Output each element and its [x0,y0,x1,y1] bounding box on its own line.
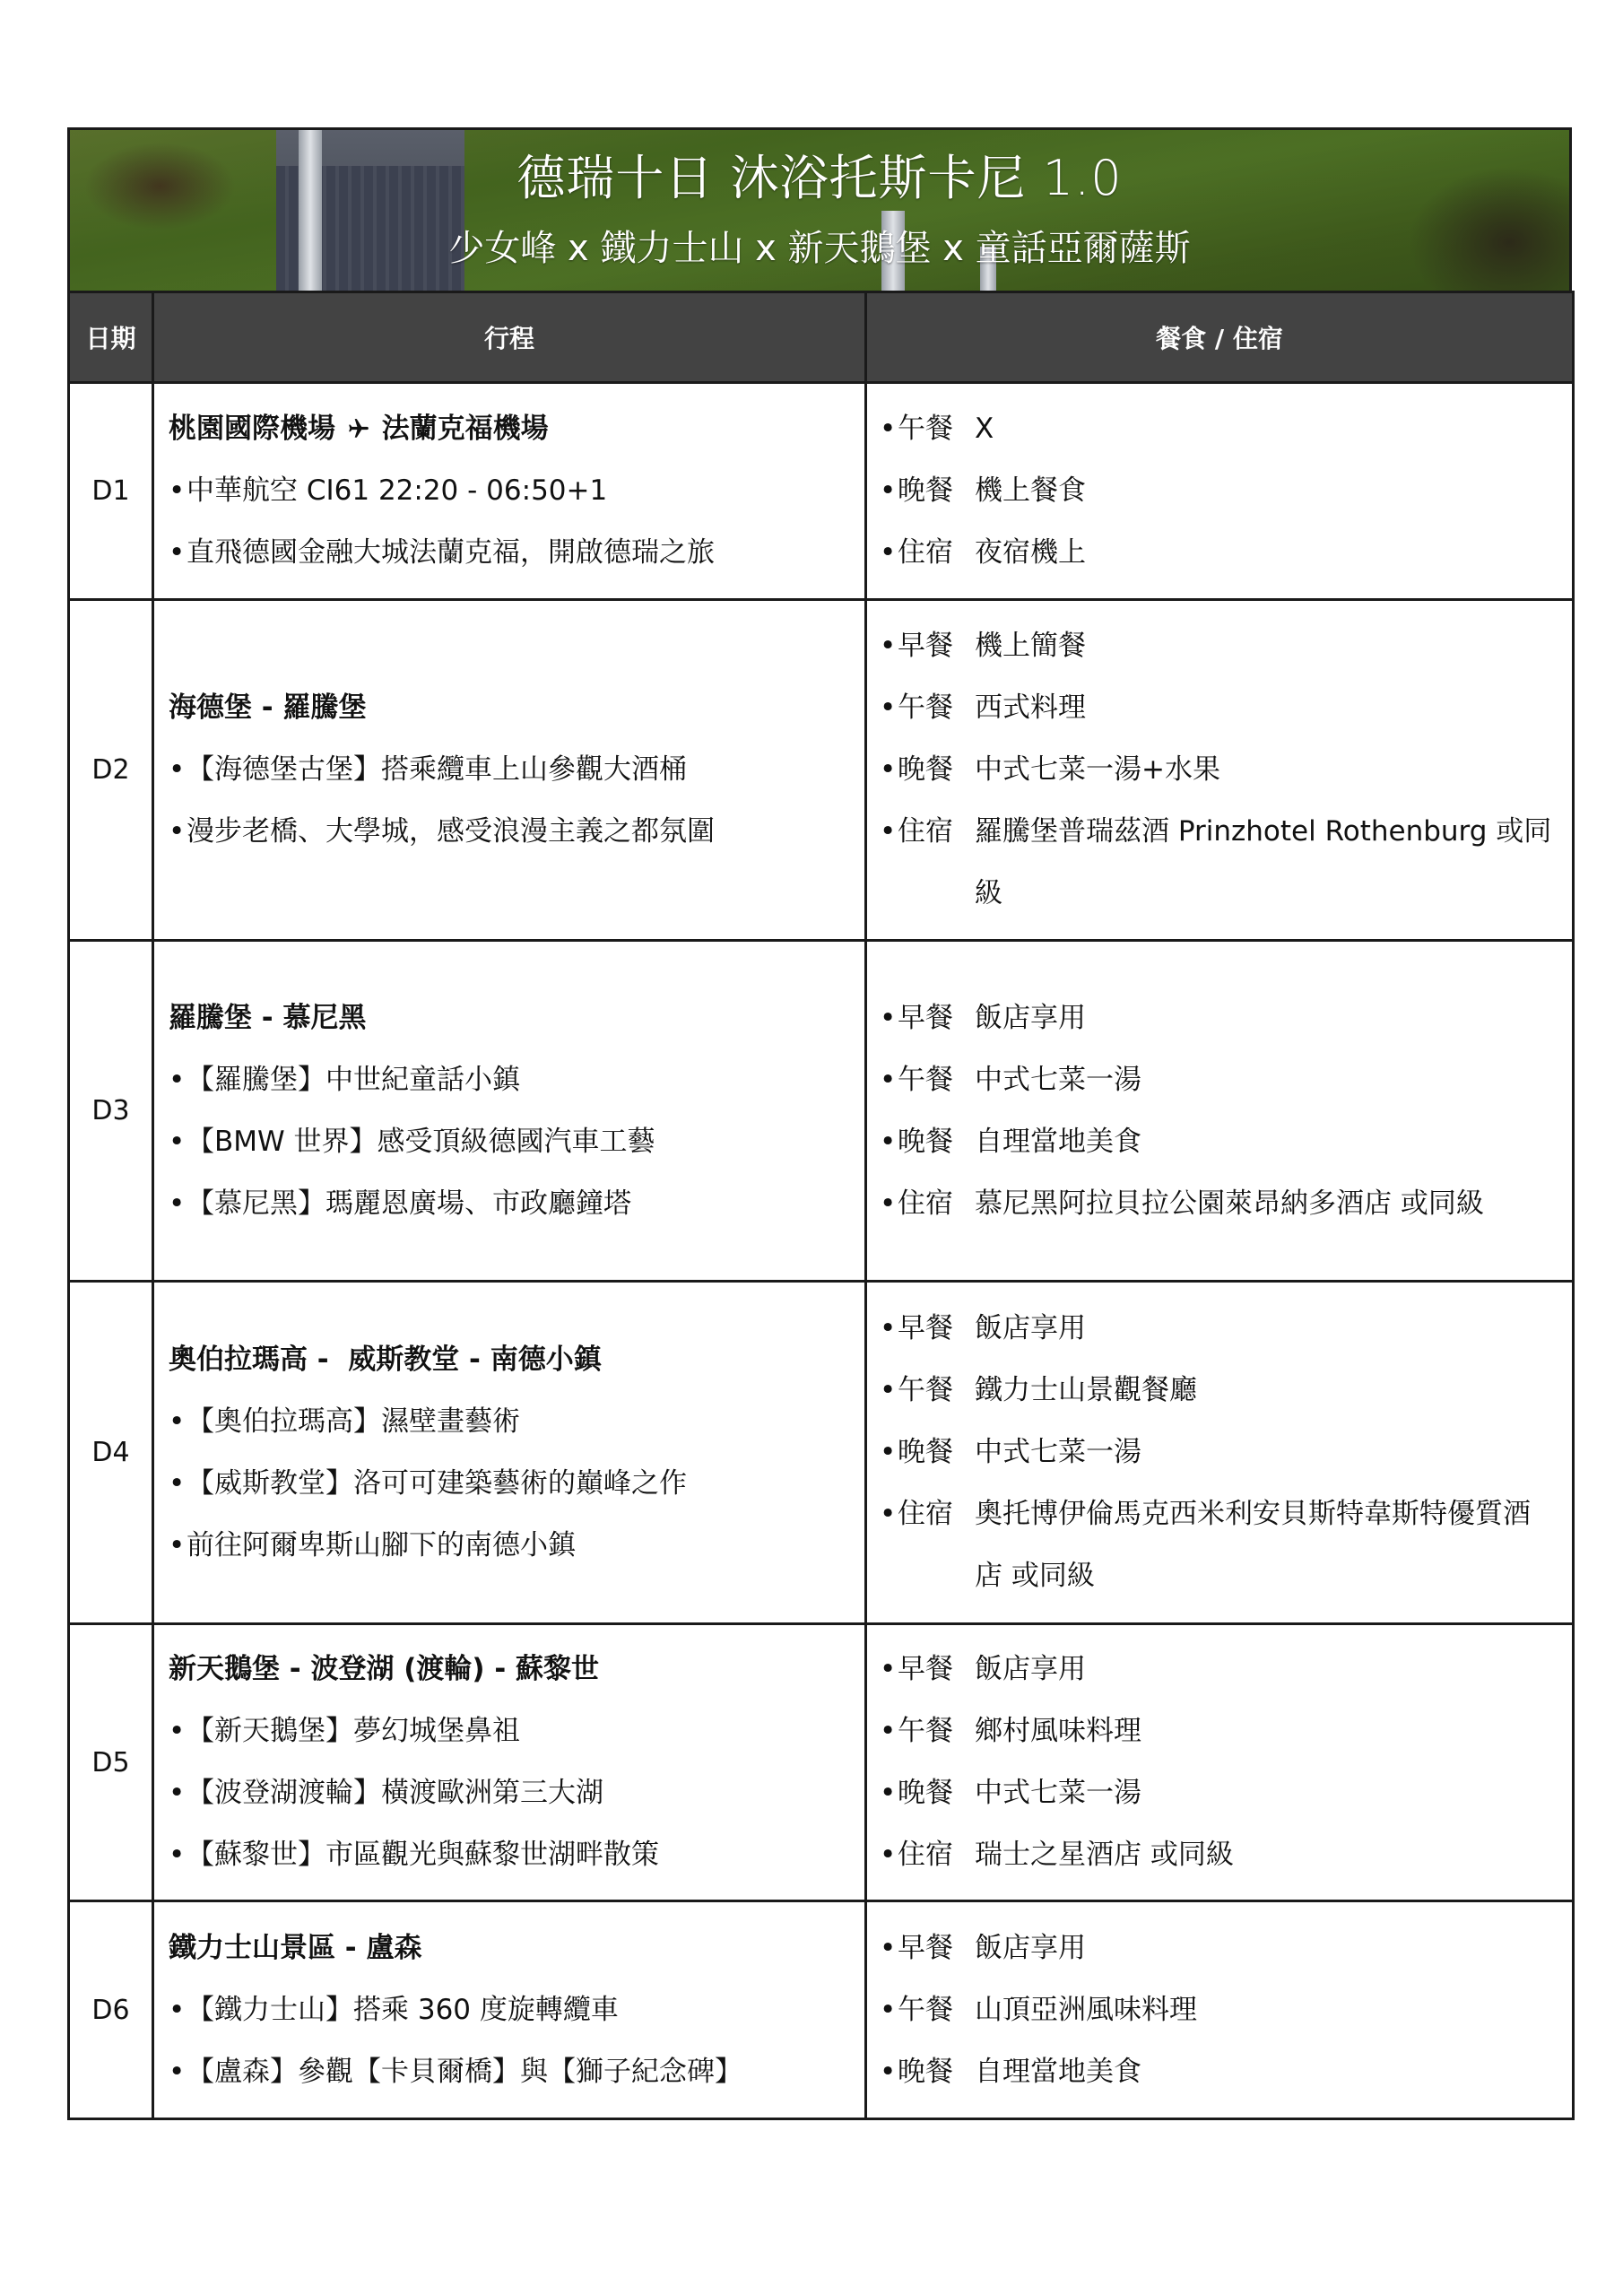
meal-label: 晚餐 [880,1111,975,1173]
meal-value: 自理當地美食 [975,2041,1572,2103]
table-row: D3 羅騰堡 - 慕尼黑 【羅騰堡】中世紀童話小鎮 【BMW 世界】感受頂級德國… [69,941,1574,1282]
meal-item: 早餐飯店享用 [880,1639,1572,1700]
meals-cell: 午餐X 晚餐機上餐食 住宿夜宿機上 [866,383,1574,600]
itinerary-item: 【海德堡古堡】搭乘纜車上山參觀大酒桶 [169,739,864,801]
meal-label: 住宿 [880,801,975,925]
itinerary-cell: 新天鵝堡 - 波登湖 (渡輪) - 蘇黎世 【新天鵝堡】夢幻城堡鼻祖 【波登湖渡… [153,1624,866,1901]
meal-item: 午餐X [880,398,1572,460]
day-route-title: 桃園國際機場 法蘭克福機場 [169,398,864,460]
meal-value: 中式七菜一湯 [975,1762,1572,1824]
header-date: 日期 [69,292,153,383]
table-row: D1 桃園國際機場 法蘭克福機場 中華航空 CI61 22:20 - 06:50… [69,383,1574,600]
meal-item: 住宿夜宿機上 [880,522,1572,584]
day-label: D5 [69,1624,153,1901]
header-itinerary: 行程 [153,292,866,383]
table-row: D2 海德堡 - 羅騰堡 【海德堡古堡】搭乘纜車上山參觀大酒桶 漫步老橋、大學城… [69,600,1574,941]
day-label: D1 [69,383,153,600]
meal-item: 住宿慕尼黑阿拉貝拉公園萊昂納多酒店 或同級 [880,1173,1572,1235]
table-row: D6 鐵力士山景區 - 盧森 【鐵力士山】搭乘 360 度旋轉纜車 【盧森】參觀… [69,1901,1574,2119]
meal-label: 早餐 [880,1918,975,1979]
itinerary-cell: 奧伯拉瑪高 - 威斯教堂 - 南德小鎮 【奧伯拉瑪高】濕壁畫藝術 【威斯教堂】洛… [153,1282,866,1624]
day-route-title: 海德堡 - 羅騰堡 [169,677,864,739]
meal-item: 住宿奧托博伊倫馬克西米利安貝斯特韋斯特優質酒店 或同級 [880,1483,1572,1607]
meal-value: X [975,398,1572,460]
meal-value: 自理當地美食 [975,1111,1572,1173]
meal-item: 早餐飯店享用 [880,1918,1572,1979]
meals-cell: 早餐飯店享用 午餐鐵力士山景觀餐廳 晚餐中式七菜一湯 住宿奧托博伊倫馬克西米利安… [866,1282,1574,1624]
itinerary-item: 【蘇黎世】市區觀光與蘇黎世湖畔散策 [169,1824,864,1886]
meal-item: 晚餐中式七菜一湯 [880,1422,1572,1483]
table-row: D4 奧伯拉瑪高 - 威斯教堂 - 南德小鎮 【奧伯拉瑪高】濕壁畫藝術 【威斯教… [69,1282,1574,1624]
meal-item: 早餐機上簡餐 [880,615,1572,677]
day-route-title: 奧伯拉瑪高 - 威斯教堂 - 南德小鎮 [169,1329,864,1391]
meal-item: 午餐中式七菜一湯 [880,1049,1572,1111]
table-row: D5 新天鵝堡 - 波登湖 (渡輪) - 蘇黎世 【新天鵝堡】夢幻城堡鼻祖 【波… [69,1624,1574,1901]
meal-value: 瑞士之星酒店 或同級 [975,1824,1572,1886]
itinerary-item: 【奧伯拉瑪高】濕壁畫藝術 [169,1391,864,1453]
meal-value: 羅騰堡普瑞茲酒 Prinzhotel Rothenburg 或同級 [975,801,1572,925]
meal-value: 夜宿機上 [975,522,1572,584]
itinerary-item: 直飛德國金融大城法蘭克福，開啟德瑞之旅 [169,522,864,584]
meal-label: 午餐 [880,1360,975,1422]
itinerary-cell: 桃園國際機場 法蘭克福機場 中華航空 CI61 22:20 - 06:50+1 … [153,383,866,600]
meal-value: 機上餐食 [975,460,1572,522]
meal-value: 飯店享用 [975,987,1572,1049]
route-destination: 法蘭克福機場 [382,413,549,445]
meal-item: 早餐飯店享用 [880,987,1572,1049]
meal-value: 飯店享用 [975,1639,1572,1700]
itinerary-table: 日期 行程 餐食 / 住宿 D1 桃園國際機場 法蘭克福機場 中華航空 CI6 [67,291,1575,2120]
meal-value: 飯店享用 [975,1918,1572,1979]
itinerary-item: 漫步老橋、大學城，感受浪漫主義之都氛圍 [169,801,864,863]
itinerary-page: 德瑞十日 沐浴托斯卡尼 1.0 少女峰 x 鐵力士山 x 新天鵝堡 x 童話亞爾… [67,127,1572,2120]
meal-label: 住宿 [880,522,975,584]
meal-label: 住宿 [880,1173,975,1235]
meal-label: 早餐 [880,615,975,677]
meal-value: 飯店享用 [975,1298,1572,1360]
meal-label: 早餐 [880,1298,975,1360]
meals-cell: 早餐飯店享用 午餐山頂亞洲風味料理 晚餐自理當地美食 [866,1901,1574,2119]
itinerary-item: 【慕尼黑】瑪麗恩廣場、市政廳鐘塔 [169,1173,864,1235]
airplane-icon [345,398,372,460]
meal-value: 鐵力士山景觀餐廳 [975,1360,1572,1422]
page-subtitle: 少女峰 x 鐵力士山 x 新天鵝堡 x 童話亞爾薩斯 [70,223,1569,274]
itinerary-item: 【羅騰堡】中世紀童話小鎮 [169,1049,864,1111]
meal-label: 晚餐 [880,460,975,522]
table-header-row: 日期 行程 餐食 / 住宿 [69,292,1574,383]
meal-item: 晚餐自理當地美食 [880,2041,1572,2103]
meal-label: 住宿 [880,1483,975,1607]
meal-item: 午餐山頂亞洲風味料理 [880,1979,1572,2041]
page-title: 德瑞十日 沐浴托斯卡尼 1.0 [70,150,1569,207]
meal-item: 住宿羅騰堡普瑞茲酒 Prinzhotel Rothenburg 或同級 [880,801,1572,925]
meal-item: 晚餐中式七菜一湯 [880,1762,1572,1824]
meal-item: 晚餐自理當地美食 [880,1111,1572,1173]
meal-value: 西式料理 [975,677,1572,739]
itinerary-item: 前往阿爾卑斯山腳下的南德小鎮 [169,1515,864,1577]
itinerary-item: 【新天鵝堡】夢幻城堡鼻祖 [169,1700,864,1762]
meals-cell: 早餐飯店享用 午餐鄉村風味料理 晚餐中式七菜一湯 住宿瑞士之星酒店 或同級 [866,1624,1574,1901]
meal-label: 午餐 [880,1979,975,2041]
day-route-title: 新天鵝堡 - 波登湖 (渡輪) - 蘇黎世 [169,1639,864,1700]
itinerary-item: 【盧森】參觀【卡貝爾橋】與【獅子紀念碑】 [169,2041,864,2103]
title-banner: 德瑞十日 沐浴托斯卡尼 1.0 少女峰 x 鐵力士山 x 新天鵝堡 x 童話亞爾… [67,127,1572,291]
day-route-title: 羅騰堡 - 慕尼黑 [169,987,864,1049]
day-label: D6 [69,1901,153,2119]
itinerary-item: 中華航空 CI61 22:20 - 06:50+1 [169,460,864,522]
day-route-title: 鐵力士山景區 - 盧森 [169,1918,864,1979]
meal-item: 午餐鄉村風味料理 [880,1700,1572,1762]
meal-item: 早餐飯店享用 [880,1298,1572,1360]
meal-value: 奧托博伊倫馬克西米利安貝斯特韋斯特優質酒店 或同級 [975,1483,1572,1607]
meal-value: 鄉村風味料理 [975,1700,1572,1762]
header-meals-lodging: 餐食 / 住宿 [866,292,1574,383]
meal-label: 午餐 [880,1049,975,1111]
meal-item: 住宿瑞士之星酒店 或同級 [880,1824,1572,1886]
meal-item: 晚餐機上餐食 [880,460,1572,522]
itinerary-cell: 鐵力士山景區 - 盧森 【鐵力士山】搭乘 360 度旋轉纜車 【盧森】參觀【卡貝… [153,1901,866,2119]
meals-cell: 早餐飯店享用 午餐中式七菜一湯 晚餐自理當地美食 住宿慕尼黑阿拉貝拉公園萊昂納多… [866,941,1574,1282]
meal-label: 晚餐 [880,1762,975,1824]
meal-label: 晚餐 [880,2041,975,2103]
itinerary-item: 【威斯教堂】洛可可建築藝術的巔峰之作 [169,1453,864,1515]
meal-label: 住宿 [880,1824,975,1886]
day-label: D4 [69,1282,153,1624]
meal-item: 午餐鐵力士山景觀餐廳 [880,1360,1572,1422]
meal-value: 中式七菜一湯 [975,1422,1572,1483]
day-label: D2 [69,600,153,941]
meal-label: 午餐 [880,398,975,460]
day-label: D3 [69,941,153,1282]
meal-value: 山頂亞洲風味料理 [975,1979,1572,2041]
route-origin: 桃園國際機場 [169,413,335,445]
meal-label: 早餐 [880,1639,975,1700]
meal-value: 中式七菜一湯+水果 [975,739,1572,801]
itinerary-item: 【BMW 世界】感受頂級德國汽車工藝 [169,1111,864,1173]
meal-item: 午餐西式料理 [880,677,1572,739]
meal-label: 晚餐 [880,1422,975,1483]
meal-label: 午餐 [880,677,975,739]
meal-label: 晚餐 [880,739,975,801]
itinerary-item: 【鐵力士山】搭乘 360 度旋轉纜車 [169,1979,864,2041]
itinerary-cell: 羅騰堡 - 慕尼黑 【羅騰堡】中世紀童話小鎮 【BMW 世界】感受頂級德國汽車工… [153,941,866,1282]
meal-value: 慕尼黑阿拉貝拉公園萊昂納多酒店 或同級 [975,1173,1572,1235]
meal-item: 晚餐中式七菜一湯+水果 [880,739,1572,801]
meal-label: 早餐 [880,987,975,1049]
itinerary-item: 【波登湖渡輪】橫渡歐洲第三大湖 [169,1762,864,1824]
meal-value: 機上簡餐 [975,615,1572,677]
itinerary-cell: 海德堡 - 羅騰堡 【海德堡古堡】搭乘纜車上山參觀大酒桶 漫步老橋、大學城，感受… [153,600,866,941]
meal-label: 午餐 [880,1700,975,1762]
meals-cell: 早餐機上簡餐 午餐西式料理 晚餐中式七菜一湯+水果 住宿羅騰堡普瑞茲酒 Prin… [866,600,1574,941]
meal-value: 中式七菜一湯 [975,1049,1572,1111]
